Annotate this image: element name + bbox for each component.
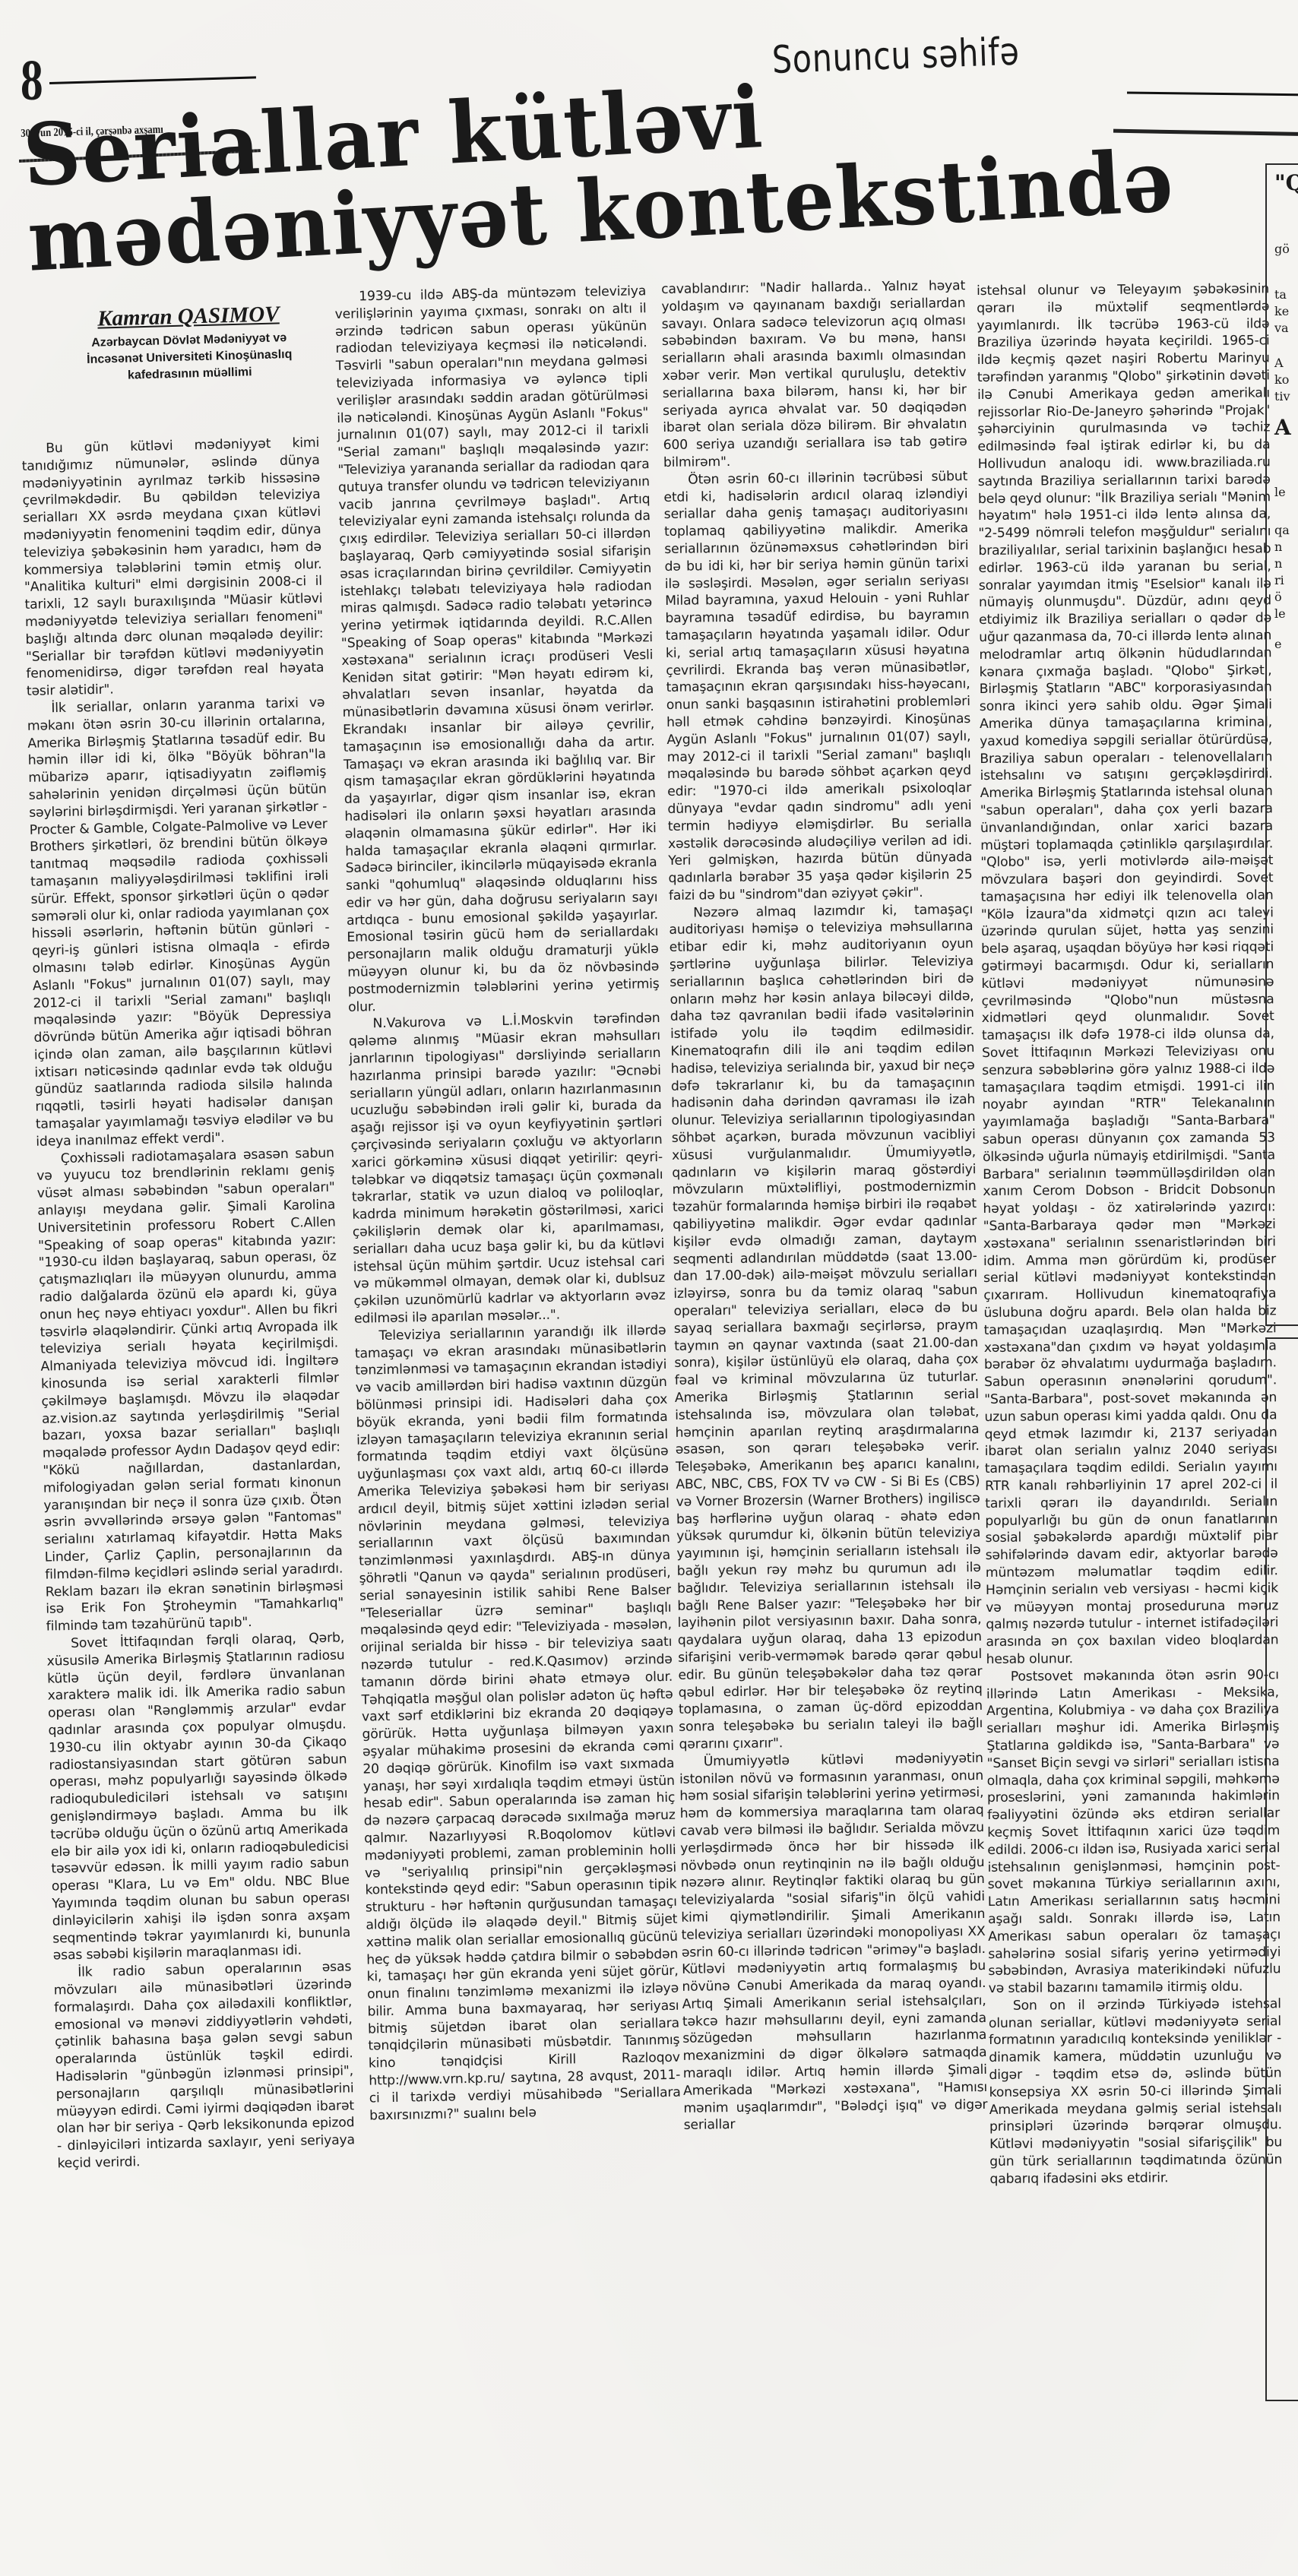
- article-column-4: istehsal olunur və Teleyayım şəbəkəsinin…: [977, 280, 1282, 2188]
- paragraph: Nəzərə almaq lazımdır ki, tamaşaçı audit…: [669, 901, 983, 1754]
- paragraph: istehsal olunur və Teleyayım şəbəkəsinin…: [977, 280, 1279, 1668]
- adjacent-text: n: [1274, 539, 1282, 555]
- adjacent-text: A: [1274, 355, 1284, 372]
- adjacent-text: ke: [1274, 303, 1289, 320]
- paragraph: Bu gün kütləvi mədəniyyət kimi tanıdığım…: [21, 435, 324, 701]
- adjacent-text: tiv: [1274, 388, 1290, 405]
- author-name: Kamran QASIMOV: [57, 301, 320, 333]
- adjacent-text: e: [1274, 636, 1281, 653]
- paragraph: Ötən əsrin 60-cı illərinin təcrübəsi süb…: [663, 468, 973, 905]
- paragraph: Sovet İttifaqından fərqli olaraq, Qərb, …: [46, 1629, 351, 1964]
- adjacent-text: ri: [1274, 572, 1284, 589]
- adjacent-text: le: [1274, 606, 1286, 622]
- adjacent-subheading: A r: [1274, 416, 1298, 440]
- adjacent-text: n: [1274, 555, 1282, 572]
- page-number: 8: [21, 52, 43, 109]
- paragraph: Ümumiyyətlə kütləvi mədəniyyətin istonil…: [679, 1750, 988, 2135]
- adjacent-text: qa: [1274, 522, 1290, 539]
- paragraph: 1939-cu ildə ABŞ-da müntəzəm televiziya …: [334, 283, 660, 1016]
- article-column-1: Bu gün kütləvi mədəniyyət kimi tanıdığım…: [21, 435, 356, 2173]
- adjacent-text: ta: [1274, 286, 1287, 303]
- masthead-rule-left: [49, 76, 256, 84]
- adjacent-text: le: [1274, 484, 1286, 501]
- adjacent-text: ö: [1274, 589, 1282, 606]
- paragraph: Son on il ərzində Türkiyədə istehsal olu…: [989, 1995, 1283, 2188]
- article-column-2: 1939-cu ildə ABŞ-da müntəzəm televiziya …: [334, 283, 681, 2125]
- adjacent-box-2: [1265, 1337, 1298, 2401]
- adjacent-page-clip: "Q gö ta ke va A ko tiv A r le qa n n ri…: [1262, 163, 1298, 2576]
- article-column-3: cavablandırır: "Nadir hallarda.. Yalnız …: [661, 277, 988, 2135]
- paragraph: cavablandırır: "Nadir hallarda.. Yalnız …: [661, 277, 967, 472]
- paragraph: N.Vakurova və L.İ.Moskvin tərəfindən qəl…: [348, 1010, 666, 1328]
- byline: Kamran QASIMOV Azərbaycan Dövlət Mədəniy…: [57, 301, 321, 386]
- adjacent-text: gö: [1274, 241, 1290, 258]
- paragraph: Postsovet məkanında ötən əsrin 90-cı ill…: [986, 1666, 1281, 1998]
- paragraph: Televiziya seriallarının yarandığı ilk i…: [354, 1322, 681, 2125]
- newspaper-page: 8 30 iyun 2015-ci il, çərşənbə axşamı So…: [0, 0, 1298, 2576]
- paragraph: İlk seriallar, onların yaranma tarixi və…: [27, 695, 334, 1151]
- adjacent-text: ko: [1274, 372, 1289, 388]
- adjacent-text: va: [1274, 320, 1289, 337]
- adjacent-box-heading: "Q: [1274, 171, 1298, 195]
- masthead-rule-right: [1127, 91, 1298, 96]
- paragraph: İlk radio sabun operalarının əsas mövzul…: [53, 1958, 356, 2173]
- adjacent-box-1: "Q gö ta ke va A ko tiv A r le qa n n ri…: [1265, 163, 1298, 1326]
- paragraph: Çoxhissəli radiotamaşalara əsasən sabun …: [36, 1144, 344, 1635]
